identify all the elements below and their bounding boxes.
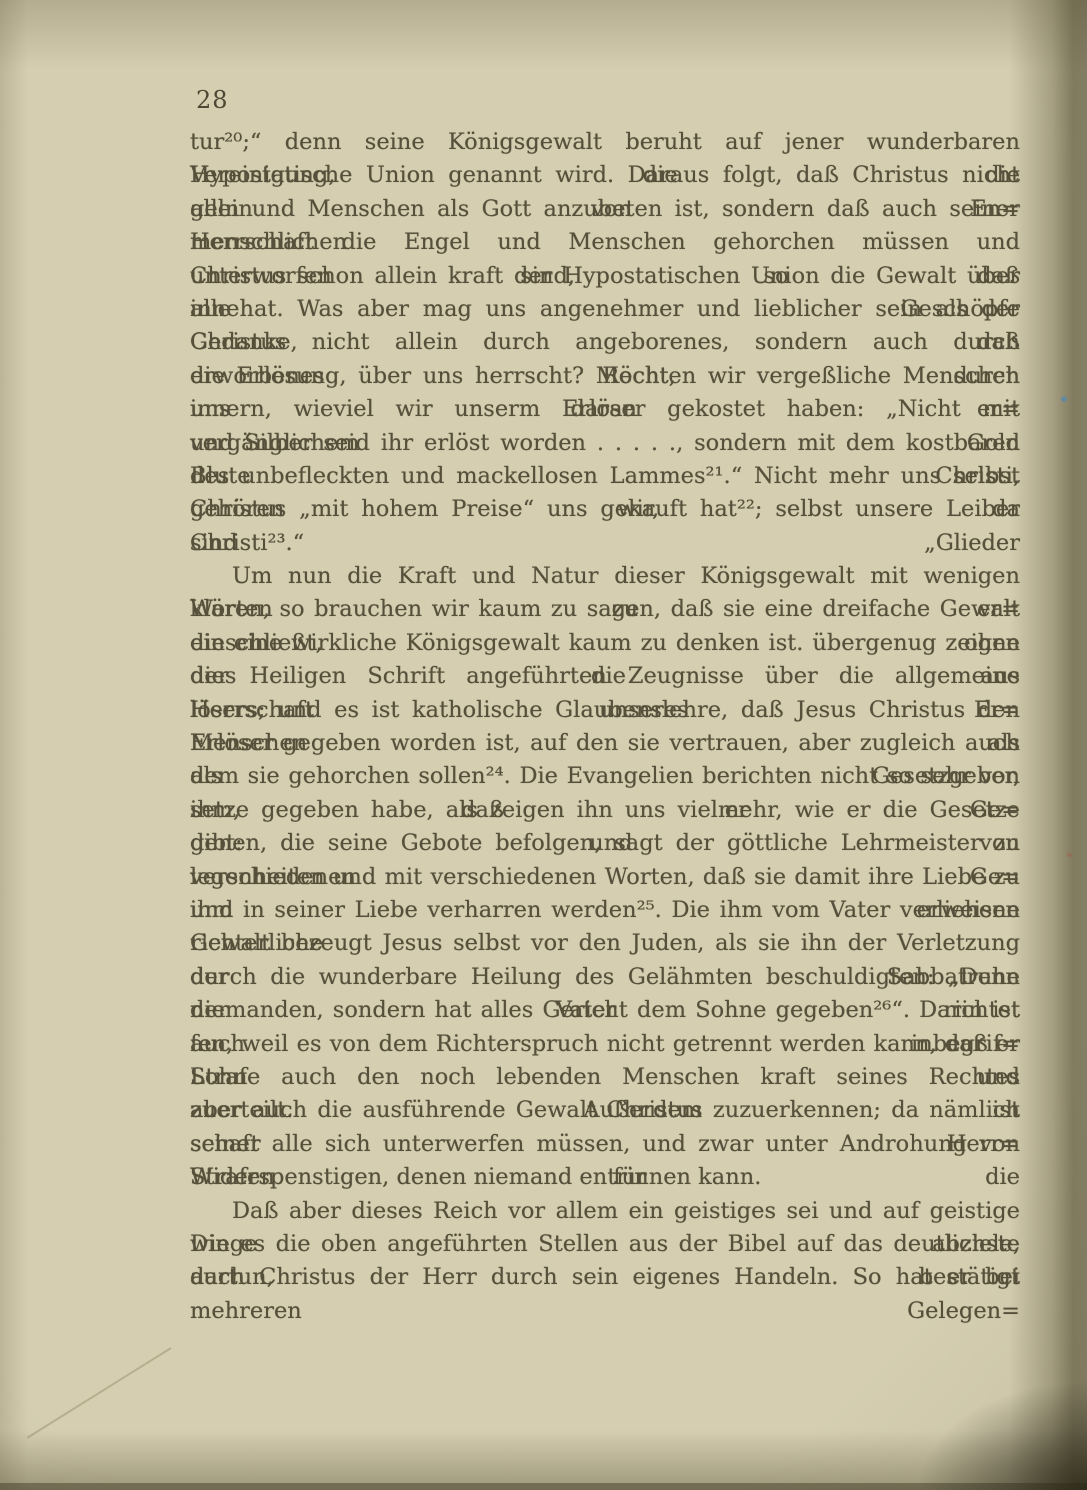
text-line: Um nun die Kraft und Natur dieser Königs… <box>190 560 1020 593</box>
page-left-shadow <box>0 0 28 1490</box>
text-line: Gewalt bezeugt Jesus selbst vor den Jude… <box>190 927 1020 960</box>
text-line: Erlöser gegeben worden ist, auf den sie … <box>190 727 1020 760</box>
text-line: schaft alle sich unterwerfen müssen, und… <box>190 1128 1020 1161</box>
text-line: lösers; und es ist katholische Glaubensl… <box>190 694 1020 727</box>
text-line: die Erlösung, über uns herrscht? Möchten… <box>190 360 1020 393</box>
text-line: innehat. Was aber mag uns angenehmer und… <box>190 293 1020 326</box>
scanned-book-page: 28 tur²⁰;“ denn seine Königsgewalt beruh… <box>0 0 1087 1490</box>
text-line: Christus nicht allein durch angeborenes,… <box>190 326 1020 359</box>
text-line: legenheiten und mit verschiedenen Worten… <box>190 861 1020 894</box>
text-line: setze gegeben habe, als zeigen ihn uns v… <box>190 794 1020 827</box>
text-line: innern, wieviel wir unserm Erlöser gekos… <box>190 393 1020 426</box>
text-line: aber auch die ausführende Gewalt Christu… <box>190 1094 1020 1127</box>
page-right-edge-shadow <box>1009 0 1087 1490</box>
text-line: wie es die oben angeführten Stellen aus … <box>190 1228 1020 1261</box>
paper-crease <box>26 1347 171 1439</box>
text-line: und Silber seid ihr erlöst worden . . . … <box>190 427 1020 460</box>
text-line: und in seiner Liebe verharren werden²⁵. … <box>190 894 1020 927</box>
text-line: tur²⁰;“ denn seine Königsgewalt beruht a… <box>190 126 1020 159</box>
text-line: Daß aber dieses Reich vor allem ein geis… <box>190 1195 1020 1228</box>
text-line: Strafe auch den noch lebenden Menschen k… <box>190 1061 1020 1094</box>
text-line: Christus schon allein kraft der Hypostat… <box>190 260 1020 293</box>
page-top-shadow <box>0 0 1087 70</box>
text-line: die eine wirkliche Königsgewalt kaum zu … <box>190 627 1020 660</box>
text-line: Herrschaft die Engel und Menschen gehorc… <box>190 226 1020 259</box>
text-line: auch Christus der Herr durch sein eigene… <box>190 1261 1020 1294</box>
text-line: fen, weil es von dem Richterspruch nicht… <box>190 1028 1020 1061</box>
red-paper-speck <box>1067 853 1072 857</box>
text-line: der Heiligen Schrift angeführten Zeugnis… <box>190 660 1020 693</box>
text-line: des unbefleckten und mackellosen Lammes²… <box>190 460 1020 493</box>
text-line: geln und Menschen als Gott anzubeten ist… <box>190 193 1020 226</box>
text-line: niemanden, sondern hat alles Gericht dem… <box>190 994 1020 1027</box>
page-number: 28 <box>196 86 229 114</box>
text-line: Hypostatische Union genannt wird. Daraus… <box>190 159 1020 192</box>
bottom-right-corner-shadow <box>917 1380 1087 1490</box>
text-line: Christus „mit hohem Preise“ uns gekauft … <box>190 493 1020 526</box>
text-line: durch die wunderbare Heilung des Gelähmt… <box>190 961 1020 994</box>
body-text-block: tur²⁰;“ denn seine Königsgewalt beruht a… <box>190 126 1020 1295</box>
text-line: dem sie gehorchen sollen²⁴. Die Evangeli… <box>190 760 1020 793</box>
text-line: klären, so brauchen wir kaum zu sagen, d… <box>190 593 1020 626</box>
blue-paper-speck <box>1061 396 1067 402</box>
text-line: denen, die seine Gebote befolgen, sagt d… <box>190 827 1020 860</box>
